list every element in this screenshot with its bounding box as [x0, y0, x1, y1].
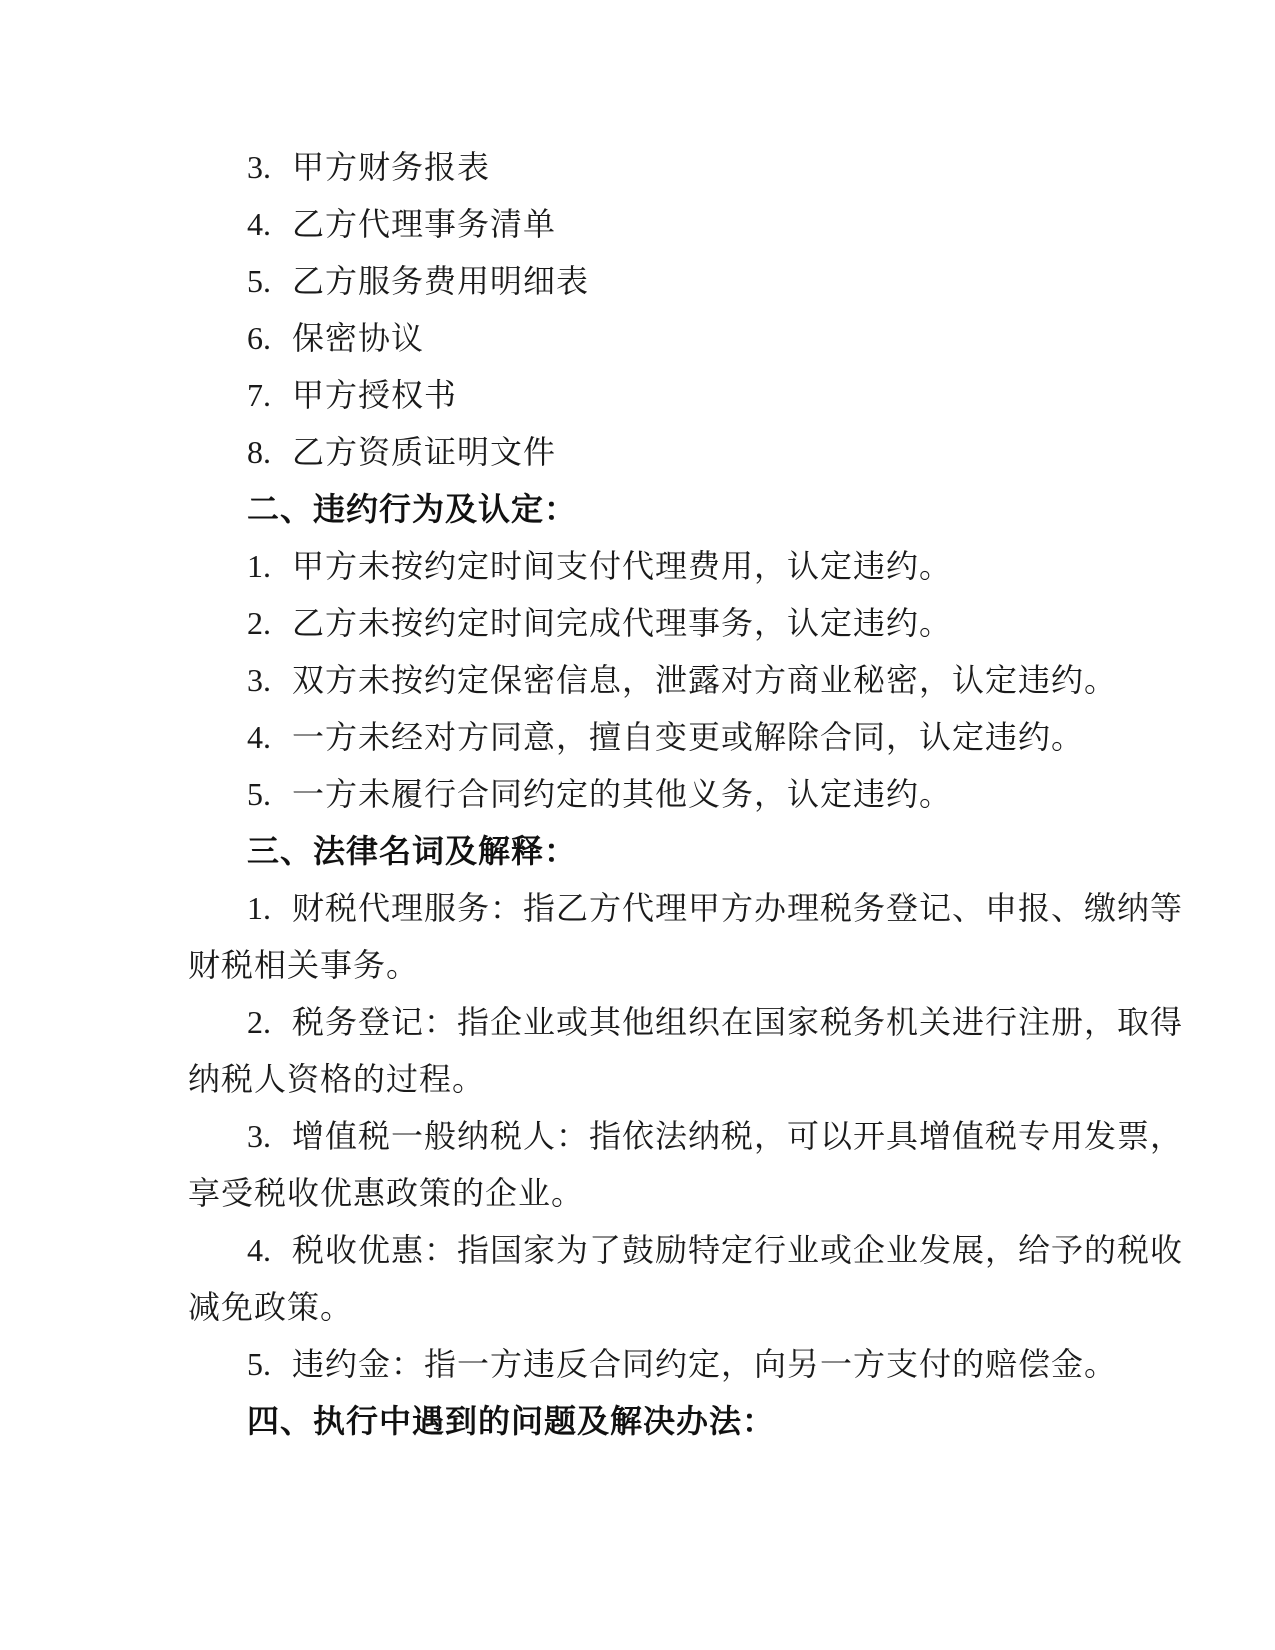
list-number: 2. [247, 994, 271, 1051]
list-item-text: 甲方未按约定时间支付代理费用，认定违约。 [292, 548, 952, 584]
document-page: 3.甲方财务报表4.乙方代理事务清单5.乙方服务费用明细表6.保密协议7.甲方授… [0, 0, 1275, 1650]
list-item-text: 甲方授权书 [292, 377, 457, 413]
list-item-text: 财税代理服务：指乙方代理甲方办理税务登记、申报、缴纳等 [292, 890, 1183, 926]
paragraph-continuation-line: 纳税人资格的过程。 [188, 1051, 1098, 1108]
list-item: 4.税收优惠：指国家为了鼓励特定行业或企业发展，给予的税收 [188, 1222, 1098, 1279]
list-number: 3. [247, 1108, 271, 1165]
list-item: 7.甲方授权书 [188, 367, 1098, 424]
list-item: 3.双方未按约定保密信息，泄露对方商业秘密，认定违约。 [188, 652, 1098, 709]
section-heading: 三、法律名词及解释： [188, 823, 1098, 880]
list-item: 1.甲方未按约定时间支付代理费用，认定违约。 [188, 538, 1098, 595]
list-number: 1. [247, 880, 271, 937]
list-number: 4. [247, 709, 271, 766]
list-item-text: 乙方代理事务清单 [292, 206, 556, 242]
list-item: 4.一方未经对方同意，擅自变更或解除合同，认定违约。 [188, 709, 1098, 766]
list-number: 3. [247, 652, 271, 709]
list-item: 3.增值税一般纳税人：指依法纳税，可以开具增值税专用发票， [188, 1108, 1098, 1165]
list-item: 3.甲方财务报表 [188, 139, 1098, 196]
list-item: 2.乙方未按约定时间完成代理事务，认定违约。 [188, 595, 1098, 652]
list-item-text: 税务登记：指企业或其他组织在国家税务机关进行注册，取得 [292, 1004, 1183, 1040]
list-item: 2.税务登记：指企业或其他组织在国家税务机关进行注册，取得 [188, 994, 1098, 1051]
list-number: 5. [247, 253, 271, 310]
paragraph-continuation-line: 财税相关事务。 [188, 937, 1098, 994]
list-number: 6. [247, 310, 271, 367]
paragraph-continuation-line: 享受税收优惠政策的企业。 [188, 1165, 1098, 1222]
list-item-text: 保密协议 [292, 320, 424, 356]
paragraph-continuation-line: 减免政策。 [188, 1279, 1098, 1336]
list-number: 8. [247, 424, 271, 481]
list-item: 6.保密协议 [188, 310, 1098, 367]
list-number: 4. [247, 196, 271, 253]
list-item: 5.一方未履行合同约定的其他义务，认定违约。 [188, 766, 1098, 823]
contract-text-block: 3.甲方财务报表4.乙方代理事务清单5.乙方服务费用明细表6.保密协议7.甲方授… [188, 139, 1098, 1450]
list-item: 1.财税代理服务：指乙方代理甲方办理税务登记、申报、缴纳等 [188, 880, 1098, 937]
list-item-text: 增值税一般纳税人：指依法纳税，可以开具增值税专用发票， [292, 1118, 1183, 1154]
list-item-text: 乙方未按约定时间完成代理事务，认定违约。 [292, 605, 952, 641]
list-item-text: 违约金：指一方违反合同约定，向另一方支付的赔偿金。 [292, 1346, 1117, 1382]
list-item: 8.乙方资质证明文件 [188, 424, 1098, 481]
list-item: 4.乙方代理事务清单 [188, 196, 1098, 253]
list-number: 5. [247, 1336, 271, 1393]
list-number: 3. [247, 139, 271, 196]
list-number: 4. [247, 1222, 271, 1279]
list-number: 5. [247, 766, 271, 823]
list-number: 1. [247, 538, 271, 595]
list-item: 5.违约金：指一方违反合同约定，向另一方支付的赔偿金。 [188, 1336, 1098, 1393]
list-item-text: 乙方资质证明文件 [292, 434, 556, 470]
list-item-text: 双方未按约定保密信息，泄露对方商业秘密，认定违约。 [292, 662, 1117, 698]
list-item: 5.乙方服务费用明细表 [188, 253, 1098, 310]
section-heading: 二、违约行为及认定： [188, 481, 1098, 538]
list-item-text: 甲方财务报表 [292, 149, 490, 185]
list-item-text: 乙方服务费用明细表 [292, 263, 589, 299]
list-number: 7. [247, 367, 271, 424]
list-item-text: 税收优惠：指国家为了鼓励特定行业或企业发展，给予的税收 [292, 1232, 1183, 1268]
list-item-text: 一方未经对方同意，擅自变更或解除合同，认定违约。 [292, 719, 1084, 755]
list-item-text: 一方未履行合同约定的其他义务，认定违约。 [292, 776, 952, 812]
section-heading: 四、执行中遇到的问题及解决办法： [188, 1393, 1098, 1450]
list-number: 2. [247, 595, 271, 652]
